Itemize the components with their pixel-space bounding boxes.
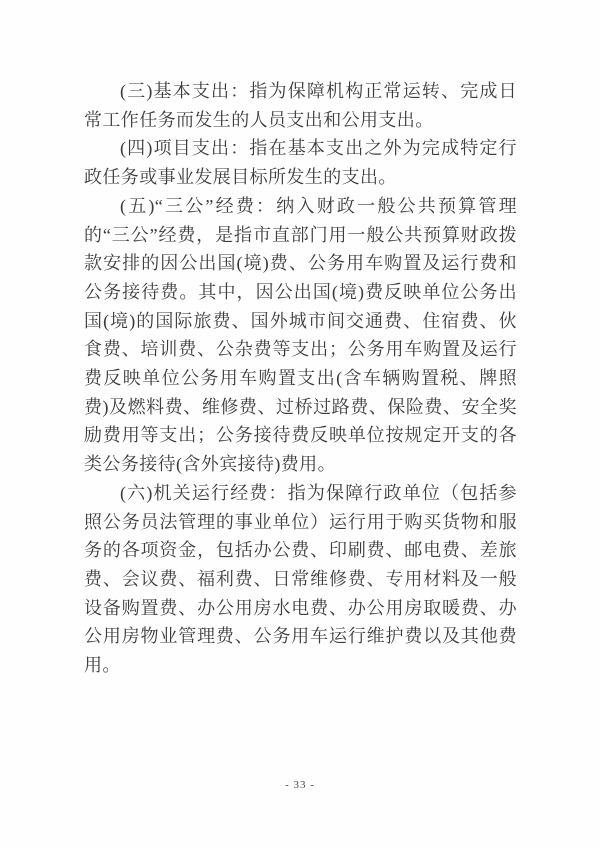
paragraph-basic-expenditure: (三)基本支出：指为保障机构正常运转、完成日常工作任务而发生的人员支出和公用支出…: [84, 77, 517, 134]
paragraph-project-expenditure: (四)项目支出：指在基本支出之外为完成特定行政任务或事业发展目标所发生的支出。: [84, 134, 517, 191]
paragraph-three-public-funds: (五)“三公”经费：纳入财政一般公共预算管理的“三公”经费，是指市直部门用一般公…: [84, 192, 517, 479]
paragraph-agency-operating-funds: (六)机关运行经费：指为保障行政单位（包括参照公务员法管理的事业单位）运行用于购…: [84, 479, 517, 680]
document-page: (三)基本支出：指为保障机构正常运转、完成日常工作任务而发生的人员支出和公用支出…: [0, 0, 600, 848]
document-body: (三)基本支出：指为保障机构正常运转、完成日常工作任务而发生的人员支出和公用支出…: [84, 77, 517, 680]
page-number: - 33 -: [0, 779, 600, 791]
